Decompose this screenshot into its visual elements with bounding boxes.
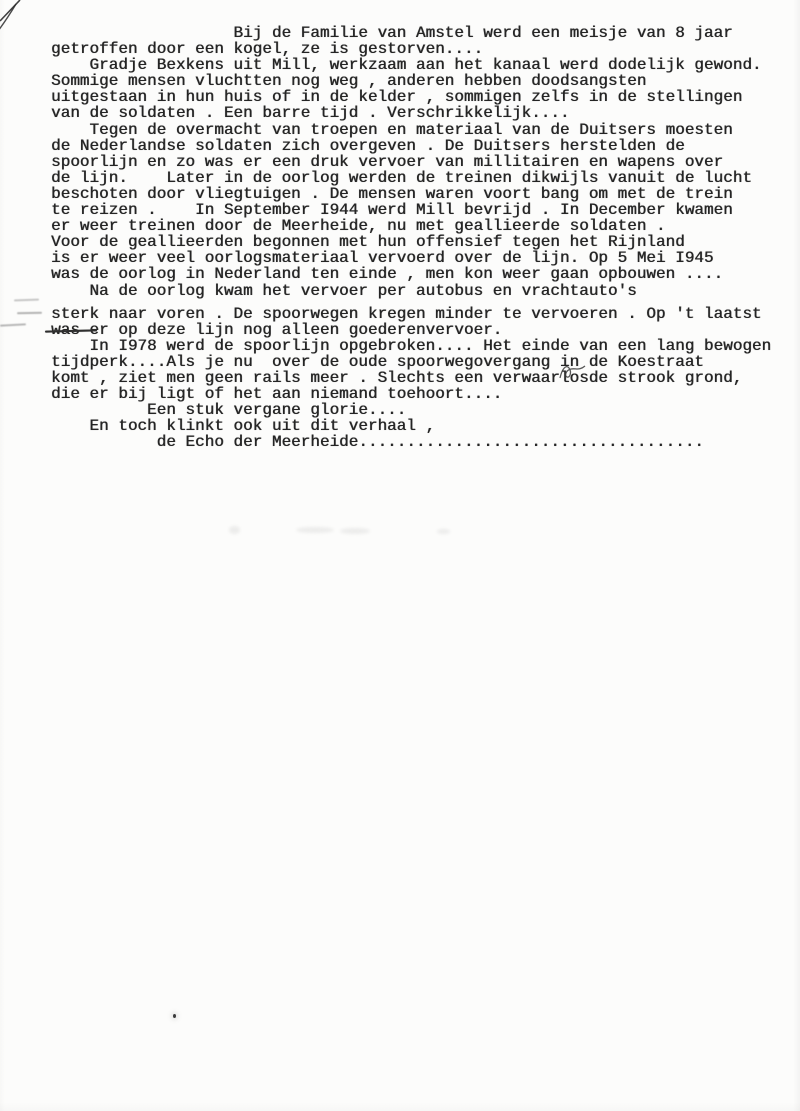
typewritten-line: In I978 werd de spoorlijn opgebroken....…	[51, 338, 795, 354]
typewritten-line: Gradje Bexkens uit Mill, werkzaam aan he…	[51, 57, 795, 73]
typewritten-line: de Echo der Meerheide...................…	[51, 434, 795, 450]
typewritten-line: Voor de geallieerden begonnen met hun of…	[51, 234, 795, 250]
typewritten-line: beschoten door vliegtuigen . De mensen w…	[51, 186, 795, 202]
typewritten-line: te reizen . In September I944 werd Mill …	[51, 202, 795, 218]
typewritten-line: getroffen door een kogel, ze is gestorve…	[51, 41, 795, 57]
typewritten-line: was er op deze lijn nog alleen goederenv…	[51, 322, 795, 338]
ink-smudge	[296, 527, 334, 533]
ink-smudge	[229, 526, 240, 534]
typewritten-line: tijdperk....Als je nu over de oude spoor…	[51, 354, 795, 370]
ink-smudge	[437, 529, 450, 534]
typewritten-line: En toch klinkt ook uit dit verhaal ,	[51, 418, 795, 434]
typewritten-line: Bij de Familie van Amstel werd een meisj…	[51, 25, 795, 41]
typewritten-line: komt , ziet men geen rails meer . Slecht…	[51, 370, 795, 386]
pencil-dash-mark	[17, 312, 42, 314]
typewritten-line: Een stuk vergane glorie....	[51, 402, 795, 418]
typewritten-line: er weer treinen door de Meerheide, nu me…	[51, 218, 795, 234]
scanned-typewritten-page: Bij de Familie van Amstel werd een meisj…	[0, 0, 800, 1111]
typewritten-line: Sommige mensen vluchtten nog weg , ander…	[51, 73, 795, 89]
typewritten-line: de lijn. Later in de oorlog werden de tr…	[51, 170, 795, 186]
pencil-dash-mark	[14, 299, 39, 301]
typewritten-line: de Nederlandse soldaten zich overgeven .…	[51, 138, 795, 154]
typewritten-line: Na de oorlog kwam het vervoer per autobu…	[51, 283, 795, 299]
ink-smudge	[340, 528, 370, 534]
typewritten-line: spoorlijn en zo was er een druk vervoer …	[51, 154, 795, 170]
ink-speck	[173, 1014, 176, 1018]
typewritten-line: van de soldaten . Een barre tijd . Versc…	[51, 105, 795, 121]
correction-squiggle-mark	[556, 361, 590, 383]
typewritten-line: is er weer veel oorlogsmateriaal vervoer…	[51, 250, 795, 266]
typewritten-line: sterk naar voren . De spoorwegen kregen …	[51, 306, 795, 322]
typewritten-line: Tegen de overmacht van troepen en materi…	[51, 122, 795, 138]
typewritten-line: die er bij ligt of het aan niemand toeho…	[51, 386, 795, 402]
pencil-dash-mark	[0, 323, 26, 326]
typewritten-text-block: Bij de Familie van Amstel werd een meisj…	[51, 25, 795, 450]
typewritten-line: was de oorlog in Nederland ten einde , m…	[51, 266, 795, 282]
